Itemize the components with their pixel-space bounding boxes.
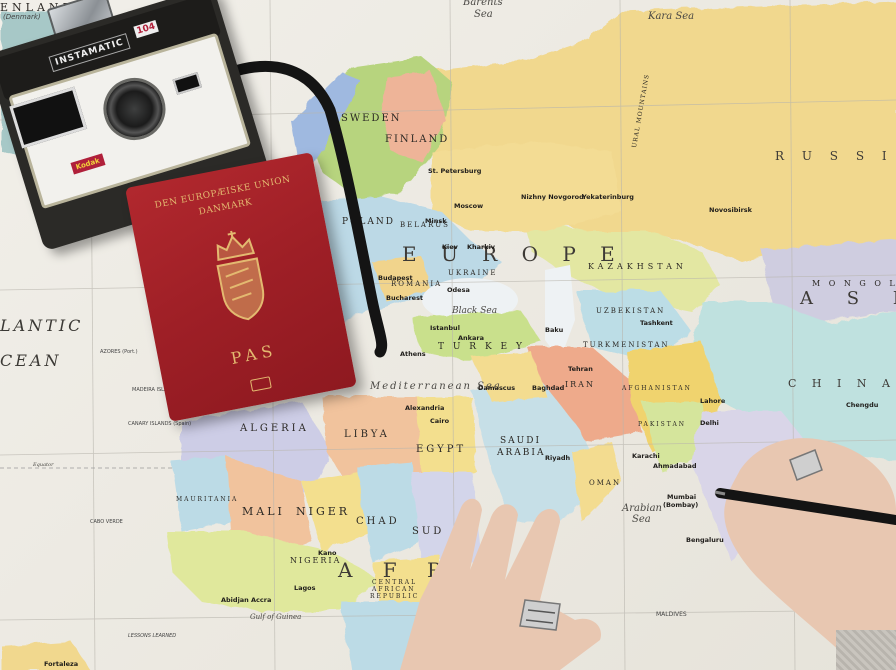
photo-scene: ENLAND (Denmark) Barents Sea Kara Sea R …	[0, 0, 896, 670]
sweater-sleeve	[836, 630, 896, 670]
left-hand	[400, 499, 601, 670]
ring-icon	[520, 600, 560, 630]
hands	[0, 0, 896, 670]
